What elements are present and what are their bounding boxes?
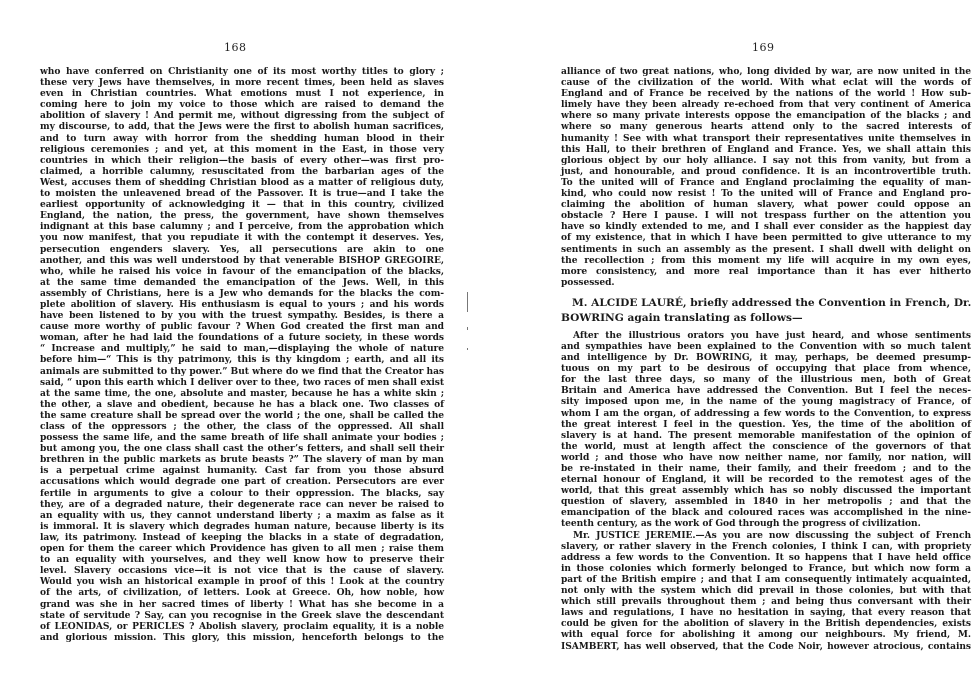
text-line: these very Jews have themselves, in more… bbox=[40, 77, 444, 88]
text-line: cause of the civilization of the world. … bbox=[561, 77, 971, 88]
text-line: obstacle ? Here I pause. I will not tres… bbox=[561, 210, 971, 221]
text-line: another, and this was well understood by… bbox=[40, 255, 444, 266]
gutter-mark bbox=[467, 292, 468, 312]
text-line: where so many generous hearts attend onl… bbox=[561, 121, 971, 132]
page-number: 168 bbox=[224, 41, 247, 54]
text-line: plete abolition of slavery. His enthusia… bbox=[40, 299, 444, 310]
speaker-heading: BOWRING again translating as follows— bbox=[561, 311, 971, 326]
text-line: woman, after he had laid the foundations… bbox=[40, 332, 444, 343]
text-line: animals are submitted to thy power.” But… bbox=[40, 366, 444, 377]
text-line: have so kindly extended to me, and I sha… bbox=[561, 221, 971, 232]
text-line: before him—“ This is thy patrimony, this… bbox=[40, 354, 444, 365]
text-line: open for them the career which Providenc… bbox=[40, 543, 444, 554]
text-line: countries in which their religion—the ba… bbox=[40, 155, 444, 166]
text-line: have been listened to by you with the tr… bbox=[40, 310, 444, 321]
text-line: of the arts, of civilization, of letters… bbox=[40, 587, 444, 598]
text-line: world ; and those who have now neither n… bbox=[561, 452, 971, 463]
text-line: After the illustrious orators you have j… bbox=[561, 330, 971, 341]
text-line: law, its patrimony. Instead of keeping t… bbox=[40, 532, 444, 543]
text-line: could be given for the abolition of slav… bbox=[561, 618, 971, 629]
text-line: is immoral. It is slavery which degrades… bbox=[40, 521, 444, 532]
text-line: alliance of two great nations, who, long… bbox=[561, 66, 971, 77]
text-line: fertile in arguments to give a colour to… bbox=[40, 488, 444, 499]
text-line: of my existence, that in which I have be… bbox=[561, 232, 971, 243]
text-line: more consistency, and more real importan… bbox=[561, 266, 971, 277]
text-line: at the same time, the one, absolute and … bbox=[40, 388, 444, 399]
text-line: To the united will of France and England… bbox=[561, 177, 971, 188]
text-line: limely have they been already re-echoed … bbox=[561, 99, 971, 110]
text-line: “ Increase and multiply,” he said to man… bbox=[40, 343, 444, 354]
text-line: possess the same life, and the same brea… bbox=[40, 432, 444, 443]
right-page-body: alliance of two great nations, who, long… bbox=[561, 66, 971, 652]
text-line: England and of France be received by the… bbox=[561, 88, 971, 99]
text-line: is a perpetual crime against humanity. C… bbox=[40, 465, 444, 476]
text-line: laws and regulations, I have no hesitati… bbox=[561, 607, 971, 618]
text-line: with equal force for abolishing it among… bbox=[561, 629, 971, 640]
gutter-mark bbox=[467, 327, 468, 330]
speaker-heading: M. ALCIDE LAURÉ, briefly addressed the C… bbox=[561, 296, 971, 311]
text-line: the other, a slave and obedient, because… bbox=[40, 399, 444, 410]
text-line: my discourse, to add, that the Jews were… bbox=[40, 121, 444, 132]
text-line: class of the oppressors ; the other, the… bbox=[40, 421, 444, 432]
text-line: slavery is at hand. The present memorabl… bbox=[561, 430, 971, 441]
text-line: who, while he raised his voice in favour… bbox=[40, 266, 444, 277]
text-line: kind, who could now resist ! To the unit… bbox=[561, 188, 971, 199]
text-line: Would you wish an historical example in … bbox=[40, 576, 444, 587]
page-number: 169 bbox=[752, 41, 775, 54]
text-line: ISAMBERT, has well observed, that the Co… bbox=[561, 641, 971, 652]
text-line: said, “ upon this earth which I deliver … bbox=[40, 377, 444, 388]
text-line: sentiments in such an assembly as the pr… bbox=[561, 244, 971, 255]
text-line: to moisten the unleavened bread of the P… bbox=[40, 188, 444, 199]
text-line: Mr. JUSTICE JEREMIE.—As you are now disc… bbox=[561, 530, 971, 541]
text-line: whom I am the organ, of addressing a few… bbox=[561, 408, 971, 419]
text-line: state of servitude ? Say, can you recogn… bbox=[40, 610, 444, 621]
text-line: be re-instated in their name, their fami… bbox=[561, 463, 971, 474]
text-line: not only with the system which did preva… bbox=[561, 585, 971, 596]
text-line: claimed, a horrible calumny, resuscitate… bbox=[40, 166, 444, 177]
text-line: the world, must at length affect the con… bbox=[561, 441, 971, 452]
text-line: which still prevails throughout them ; a… bbox=[561, 596, 971, 607]
text-line: claiming the abolition of human slavery,… bbox=[561, 199, 971, 210]
text-line: and glorious mission. This glory, this m… bbox=[40, 632, 444, 643]
text-line: emancipation of the black and coloured r… bbox=[561, 507, 971, 518]
text-line: religious ceremonies ; and yet, at this … bbox=[40, 144, 444, 155]
text-line: Britain and America have addressed the C… bbox=[561, 385, 971, 396]
text-line: question of slavery, assembled in 1840 i… bbox=[561, 496, 971, 507]
text-line: grand was she in her sacred times of lib… bbox=[40, 599, 444, 610]
text-line: you now manifest, that you repudiate it … bbox=[40, 232, 444, 243]
text-line: accusations which would degrade one part… bbox=[40, 476, 444, 487]
text-line: West, accuses them of shedding Christian… bbox=[40, 177, 444, 188]
text-line: and sympathies have been explained to th… bbox=[561, 341, 971, 352]
text-line: glorious object by our holy alliance. I … bbox=[561, 155, 971, 166]
text-line: tuous on my part to be desirous of occup… bbox=[561, 363, 971, 374]
text-line: even in Christian countries. What emotio… bbox=[40, 88, 444, 99]
text-line: assembly of Christians, here is a Jew wh… bbox=[40, 288, 444, 299]
text-line: they, are of a degraded nature, their de… bbox=[40, 499, 444, 510]
text-line: just, and honourable, and proud confiden… bbox=[561, 166, 971, 177]
text-line: where so many private interests oppose t… bbox=[561, 110, 971, 121]
text-line: but among you, the one class shall cast … bbox=[40, 443, 444, 454]
text-line: the same creature shall be spread over t… bbox=[40, 410, 444, 421]
text-line: the great interest I feel in the questio… bbox=[561, 419, 971, 430]
text-line: cause more worthy of public favour ? Whe… bbox=[40, 321, 444, 332]
text-line: humanity ! See with what transport their… bbox=[561, 133, 971, 144]
text-line: and to turn away with horror from the sh… bbox=[40, 133, 444, 144]
text-line: part of the British empire ; and that I … bbox=[561, 574, 971, 585]
text-line: in those colonies which formerly belonge… bbox=[561, 563, 971, 574]
text-line: brethren in the public markets as brute … bbox=[40, 454, 444, 465]
text-line: coming here to join my voice to those wh… bbox=[40, 99, 444, 110]
text-line: an equality with us, they cannot underst… bbox=[40, 510, 444, 521]
text-line: and intelligence by Dr. BOWRING, it may,… bbox=[561, 352, 971, 363]
text-line: sity imposed upon me, in the name of the… bbox=[561, 396, 971, 407]
left-page: 168 who have conferred on Christianity o… bbox=[0, 0, 490, 692]
text-line: who have conferred on Christianity one o… bbox=[40, 66, 444, 77]
text-line: world, that this great assembly which ha… bbox=[561, 485, 971, 496]
text-line: to an equality with yourselves, and they… bbox=[40, 554, 444, 565]
text-line: persecution engenders slavery. Yes, all … bbox=[40, 244, 444, 255]
text-line: abolition of slavery ! And permit me, wi… bbox=[40, 110, 444, 121]
text-line: for the last three days, so many of the … bbox=[561, 374, 971, 385]
text-line: eternal honour of England, it will be re… bbox=[561, 474, 971, 485]
text-line: the recollection ; from this moment my l… bbox=[561, 255, 971, 266]
text-line: of LEONIDAS, or PERICLES ? Abolish slave… bbox=[40, 621, 444, 632]
text-line: teenth century, as the work of God throu… bbox=[561, 518, 971, 529]
text-line: England, the nation, the press, the gove… bbox=[40, 210, 444, 221]
text-line: at the same time demanded the emancipati… bbox=[40, 277, 444, 288]
right-page: 169 alliance of two great nations, who, … bbox=[490, 0, 980, 692]
gutter-mark bbox=[467, 348, 468, 350]
text-line: slavery, or rather slavery in the French… bbox=[561, 541, 971, 552]
text-line: earliest opportunity of acknowledging it… bbox=[40, 199, 444, 210]
text-line: level. Slavery occasions vice—it is not … bbox=[40, 565, 444, 576]
text-line: this Hall, to their brethren of England … bbox=[561, 144, 971, 155]
text-line: indignant at this base calumny ; and I p… bbox=[40, 221, 444, 232]
text-line: address a few words to the Convention. I… bbox=[561, 552, 971, 563]
text-line: possessed. bbox=[561, 277, 971, 288]
left-page-body: who have conferred on Christianity one o… bbox=[40, 66, 444, 643]
